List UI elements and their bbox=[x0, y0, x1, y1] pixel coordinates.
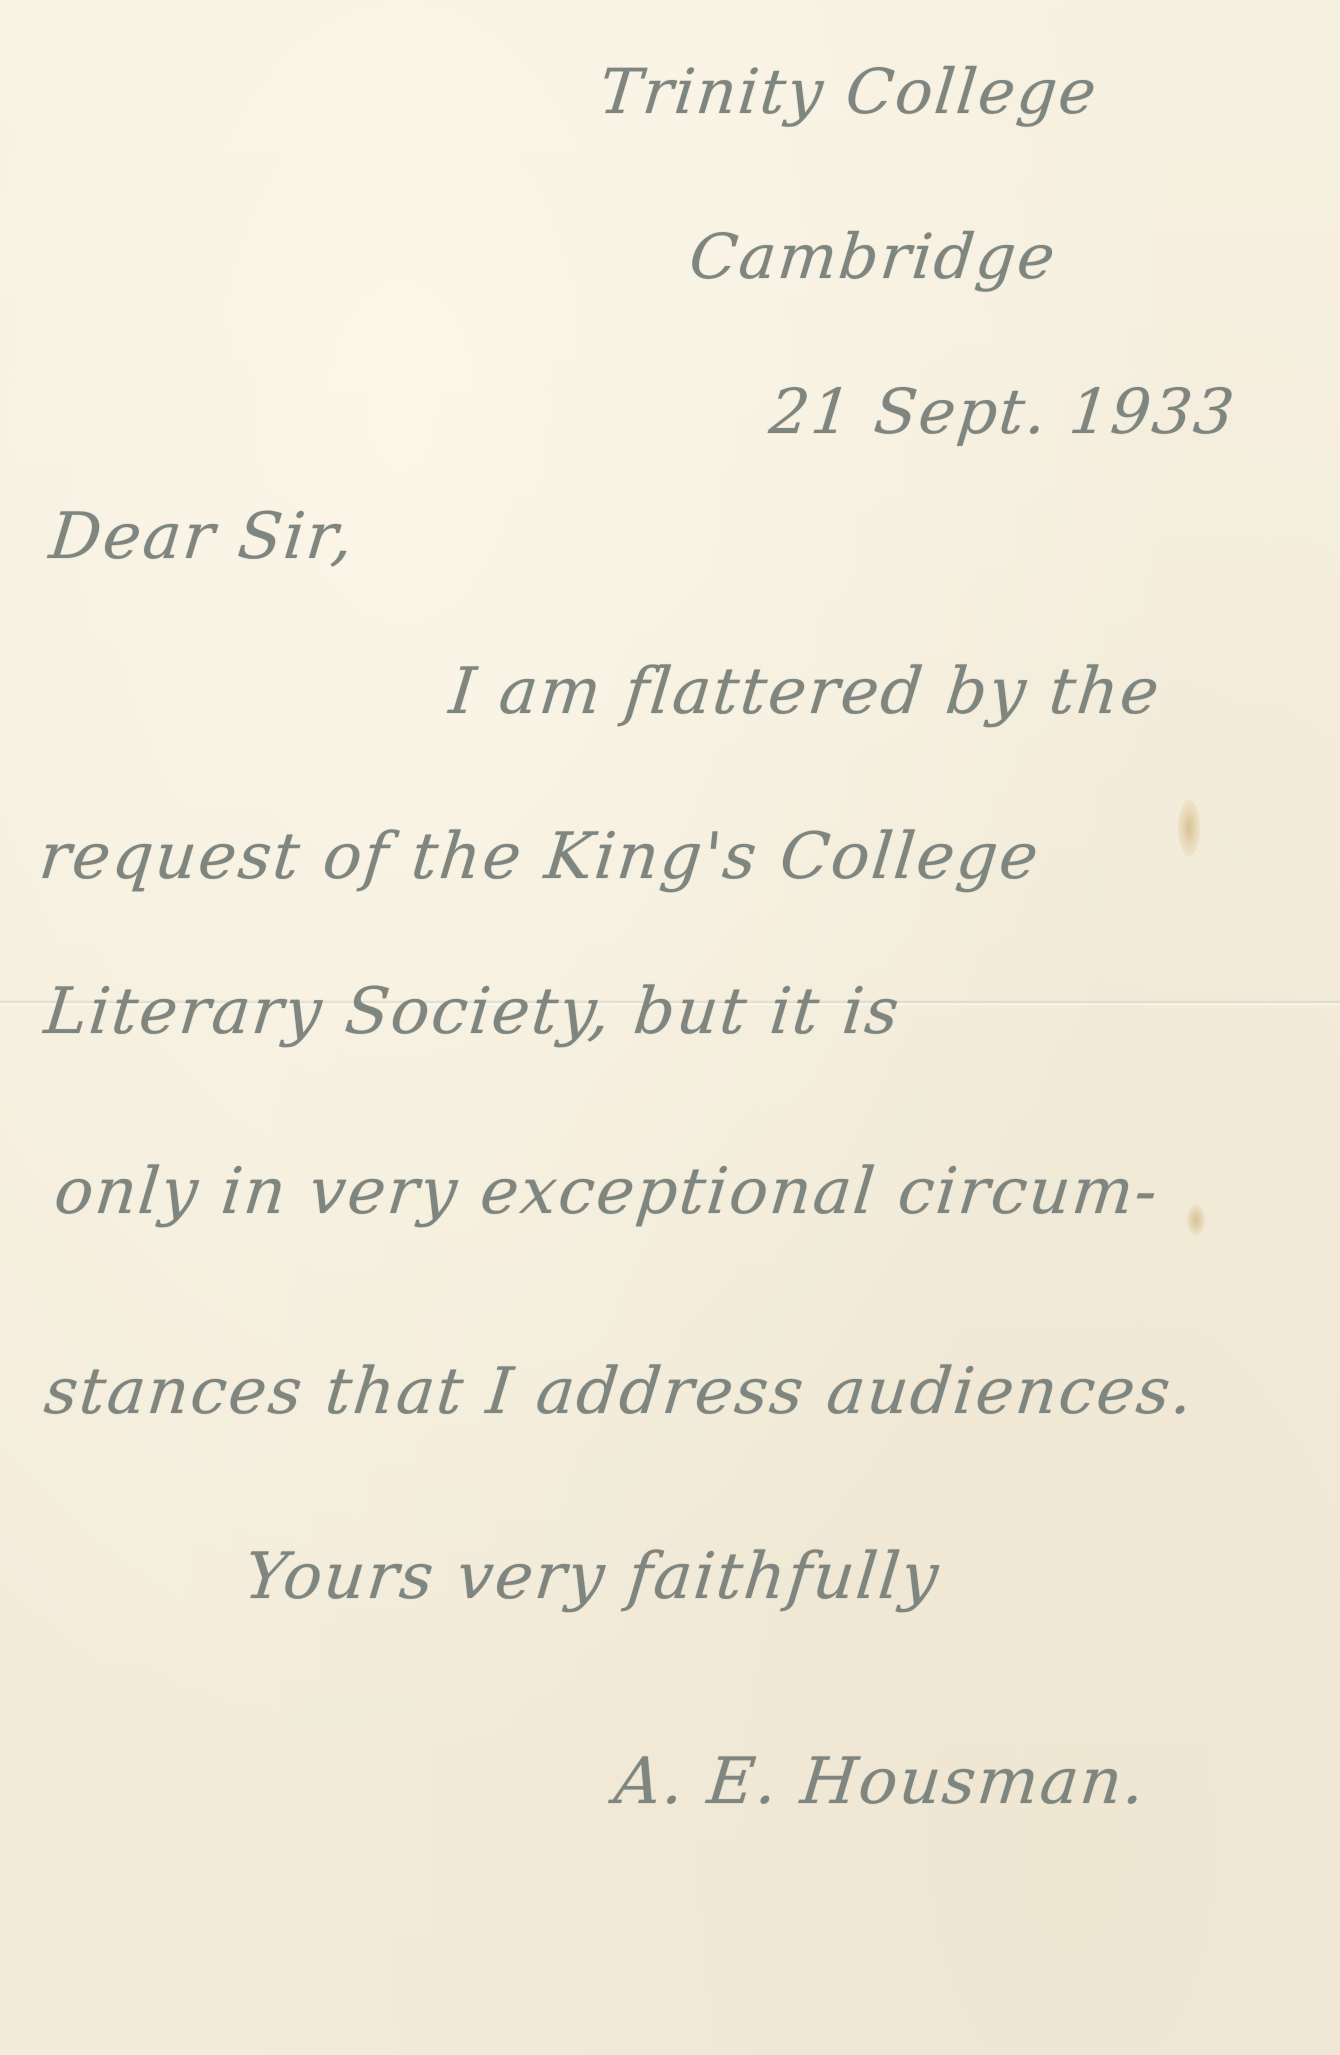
address-line-1: Trinity College bbox=[596, 55, 1101, 128]
body-line-3: Literary Society, but it is bbox=[41, 975, 904, 1049]
letter-date: 21 Sept. 1933 bbox=[766, 375, 1239, 448]
letter-page: Trinity College Cambridge 21 Sept. 1933 … bbox=[0, 0, 1340, 2055]
address-line-2: Cambridge bbox=[686, 220, 1060, 293]
body-line-1: I am flattered by the bbox=[446, 655, 1164, 729]
body-line-5: stances that I address audiences. bbox=[41, 1355, 1198, 1429]
body-line-4: only in very exceptional circum- bbox=[51, 1155, 1162, 1229]
closing: Yours very faithfully bbox=[241, 1540, 943, 1614]
salutation: Dear Sir, bbox=[46, 500, 358, 574]
body-line-2: request of the King's College bbox=[36, 820, 1043, 894]
signature: A. E. Housman. bbox=[611, 1745, 1150, 1819]
foxing-stain bbox=[1178, 800, 1200, 856]
foxing-stain-small bbox=[1187, 1205, 1205, 1235]
